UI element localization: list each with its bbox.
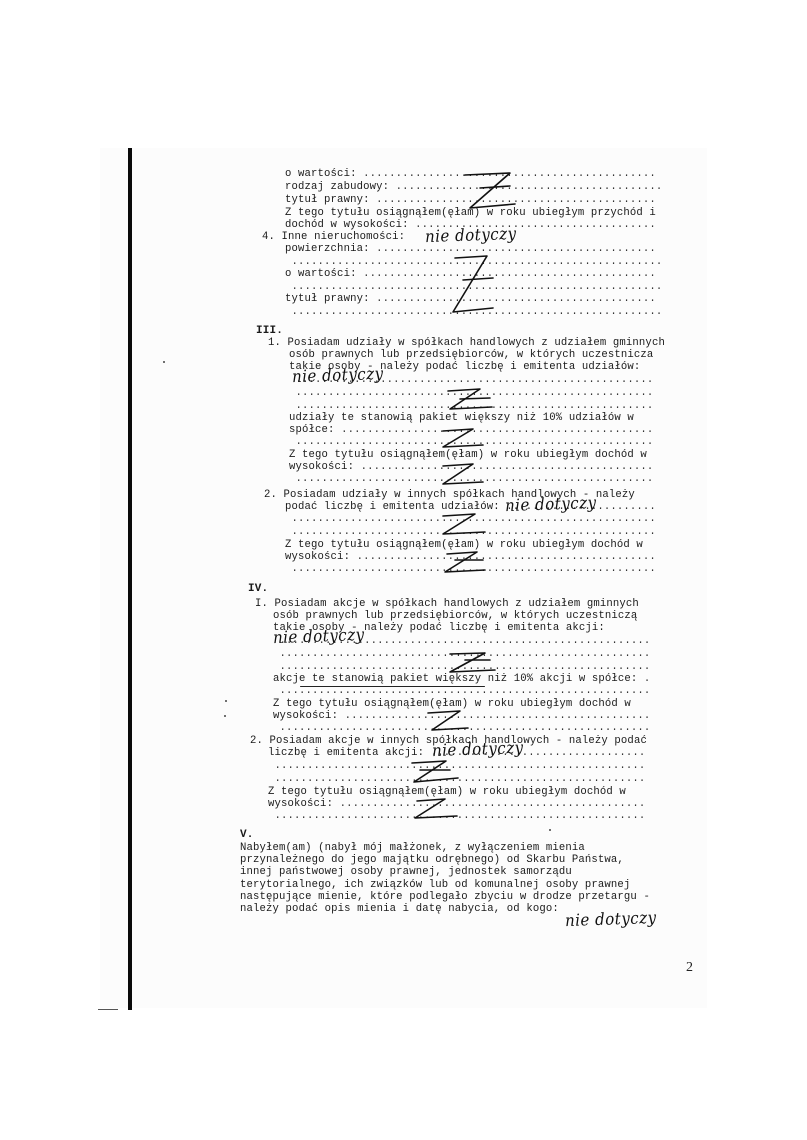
strike-z-mark xyxy=(400,758,480,790)
strike-z-mark xyxy=(418,708,488,738)
section-heading-IV: IV. xyxy=(248,583,268,595)
handwritten-not-applicable: nie dotyczy xyxy=(273,625,365,648)
field-label-value: o wartości: xyxy=(285,168,357,180)
item-text: osób prawnych lub przedsiębiorców, w któ… xyxy=(289,349,653,361)
field-label-building-type: rodzaj zabudowy: xyxy=(285,181,389,193)
paragraph-line: Nabyłem(am) (nabył mój małżonek, z wyłąc… xyxy=(240,842,585,854)
strike-z-mark xyxy=(440,170,520,220)
field-label-legal-title: tytuł prawny: xyxy=(285,194,370,206)
strike-z-mark xyxy=(440,650,520,680)
field-label-income: dochód w wysokości: xyxy=(285,219,409,231)
field-label-income: wysokości: xyxy=(289,461,354,473)
handwritten-not-applicable: nie dotyczy xyxy=(292,364,384,387)
item-text: osób prawnych lub przedsiębiorców, w któ… xyxy=(273,610,637,622)
paragraph-line: terytorialnego, ich związków lub od komu… xyxy=(240,879,630,891)
paragraph-line: następujące mienie, które podlegało zbyc… xyxy=(240,891,650,903)
field-label-legal-title: tytuł prawny: xyxy=(285,293,370,305)
paragraph-line: należy podać opis mienia i datę nabycia,… xyxy=(240,903,559,915)
field-label-value: o wartości: xyxy=(285,268,357,280)
field-label-income: wysokości: xyxy=(273,710,338,722)
item-text: Posiadam udziały w spółkach handlowych z… xyxy=(288,337,665,349)
declaration-form-content: o wartości: ............................… xyxy=(0,0,807,1140)
item-number: 2. xyxy=(264,489,277,501)
item-title-other-property: Inne nieruchomości: xyxy=(282,231,406,243)
field-label-area: powierzchnia: xyxy=(285,243,370,255)
field-label-income: wysokości: xyxy=(268,798,333,810)
strike-z-mark xyxy=(435,460,505,490)
section-heading-III: III. xyxy=(256,325,283,337)
item-text: Posiadam akcje w spółkach handlowych z u… xyxy=(275,598,639,610)
strike-z-mark xyxy=(405,796,475,826)
strike-z-mark xyxy=(445,250,505,320)
item-number: 2. xyxy=(250,735,263,747)
field-label-company: spółce: xyxy=(289,424,335,436)
paragraph-line: przynależnego do jego majątku odrębnego)… xyxy=(240,854,624,866)
paragraph-line: innej państwowej osoby prawnej, jednoste… xyxy=(240,866,572,878)
section-heading-V: V. xyxy=(240,829,254,841)
page-number: 2 xyxy=(686,960,693,976)
strike-z-mark xyxy=(435,425,505,455)
item-number: 4. xyxy=(262,231,275,243)
field-label-income: wysokości: xyxy=(285,551,350,563)
item-number: 1. xyxy=(268,337,281,349)
item-number: I. xyxy=(255,598,268,610)
strike-z-mark xyxy=(435,510,505,540)
handwritten-not-applicable: nie dotyczy xyxy=(565,908,657,931)
strike-z-mark xyxy=(440,385,510,415)
strike-z-mark xyxy=(435,548,505,578)
